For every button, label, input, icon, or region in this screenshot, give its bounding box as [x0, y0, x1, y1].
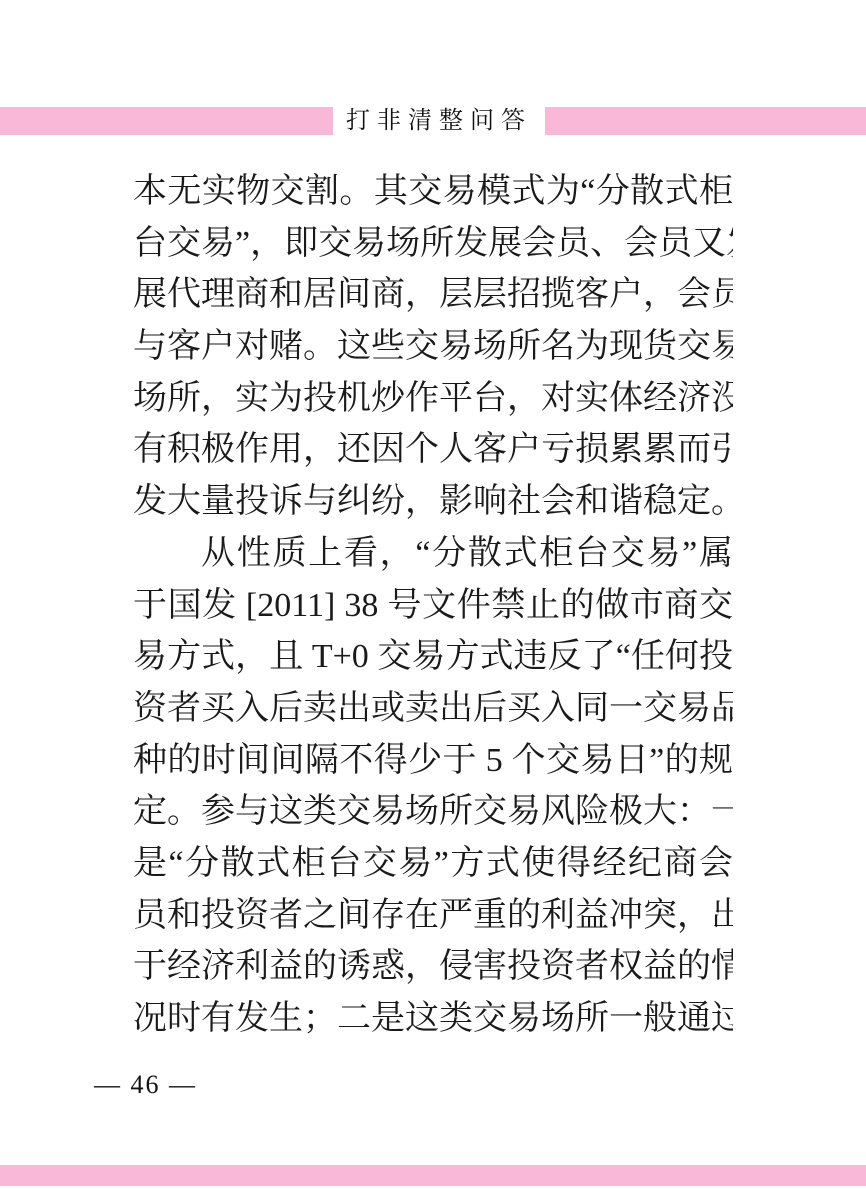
text-line: 场所，实为投机炒作平台，对实体经济没: [133, 373, 733, 425]
footer-bar: [0, 1165, 866, 1186]
text-line: 定。参与这类交易场所交易风险极大：一: [133, 786, 733, 838]
text-line: 于国发 [2011] 38 号文件禁止的做市商交: [133, 580, 733, 632]
text-line: 是“分散式柜台交易”方式使得经纪商会: [133, 838, 733, 890]
text-line: 从性质上看，“分散式柜台交易”属: [133, 528, 733, 580]
text-line: 易方式，且 T+0 交易方式违反了“任何投: [133, 631, 733, 683]
text-line: 资者买入后卖出或卖出后买入同一交易品: [133, 683, 733, 735]
body-text: 本无实物交割。其交易模式为“分散式柜 台交易”，即交易场所发展会员、会员又发 展…: [133, 166, 733, 1045]
text-line: 与客户对赌。这些交易场所名为现货交易: [133, 321, 733, 373]
book-page: 打非清整问答 本无实物交割。其交易模式为“分散式柜 台交易”，即交易场所发展会员…: [0, 0, 866, 1189]
page-header-title: 打非清整问答: [333, 107, 545, 135]
page-header: 打非清整问答: [0, 107, 866, 135]
text-line: 展代理商和居间商，层层招揽客户，会员: [133, 269, 733, 321]
text-line: 有积极作用，还因个人客户亏损累累而引: [133, 424, 733, 476]
text-line: 发大量投诉与纠纷，影响社会和谐稳定。: [133, 476, 733, 528]
page-number: — 46 —: [94, 1068, 197, 1102]
text-line: 本无实物交割。其交易模式为“分散式柜: [133, 166, 733, 218]
text-line: 种的时间间隔不得少于 5 个交易日”的规: [133, 735, 733, 787]
text-line: 况时有发生；二是这类交易场所一般通过: [133, 993, 733, 1045]
text-line: 台交易”，即交易场所发展会员、会员又发: [133, 218, 733, 270]
header-bar-left: [0, 107, 333, 135]
text-line: 于经济利益的诱惑，侵害投资者权益的情: [133, 941, 733, 993]
header-bar-right: [545, 107, 866, 135]
text-line: 员和投资者之间存在严重的利益冲突，出: [133, 890, 733, 942]
